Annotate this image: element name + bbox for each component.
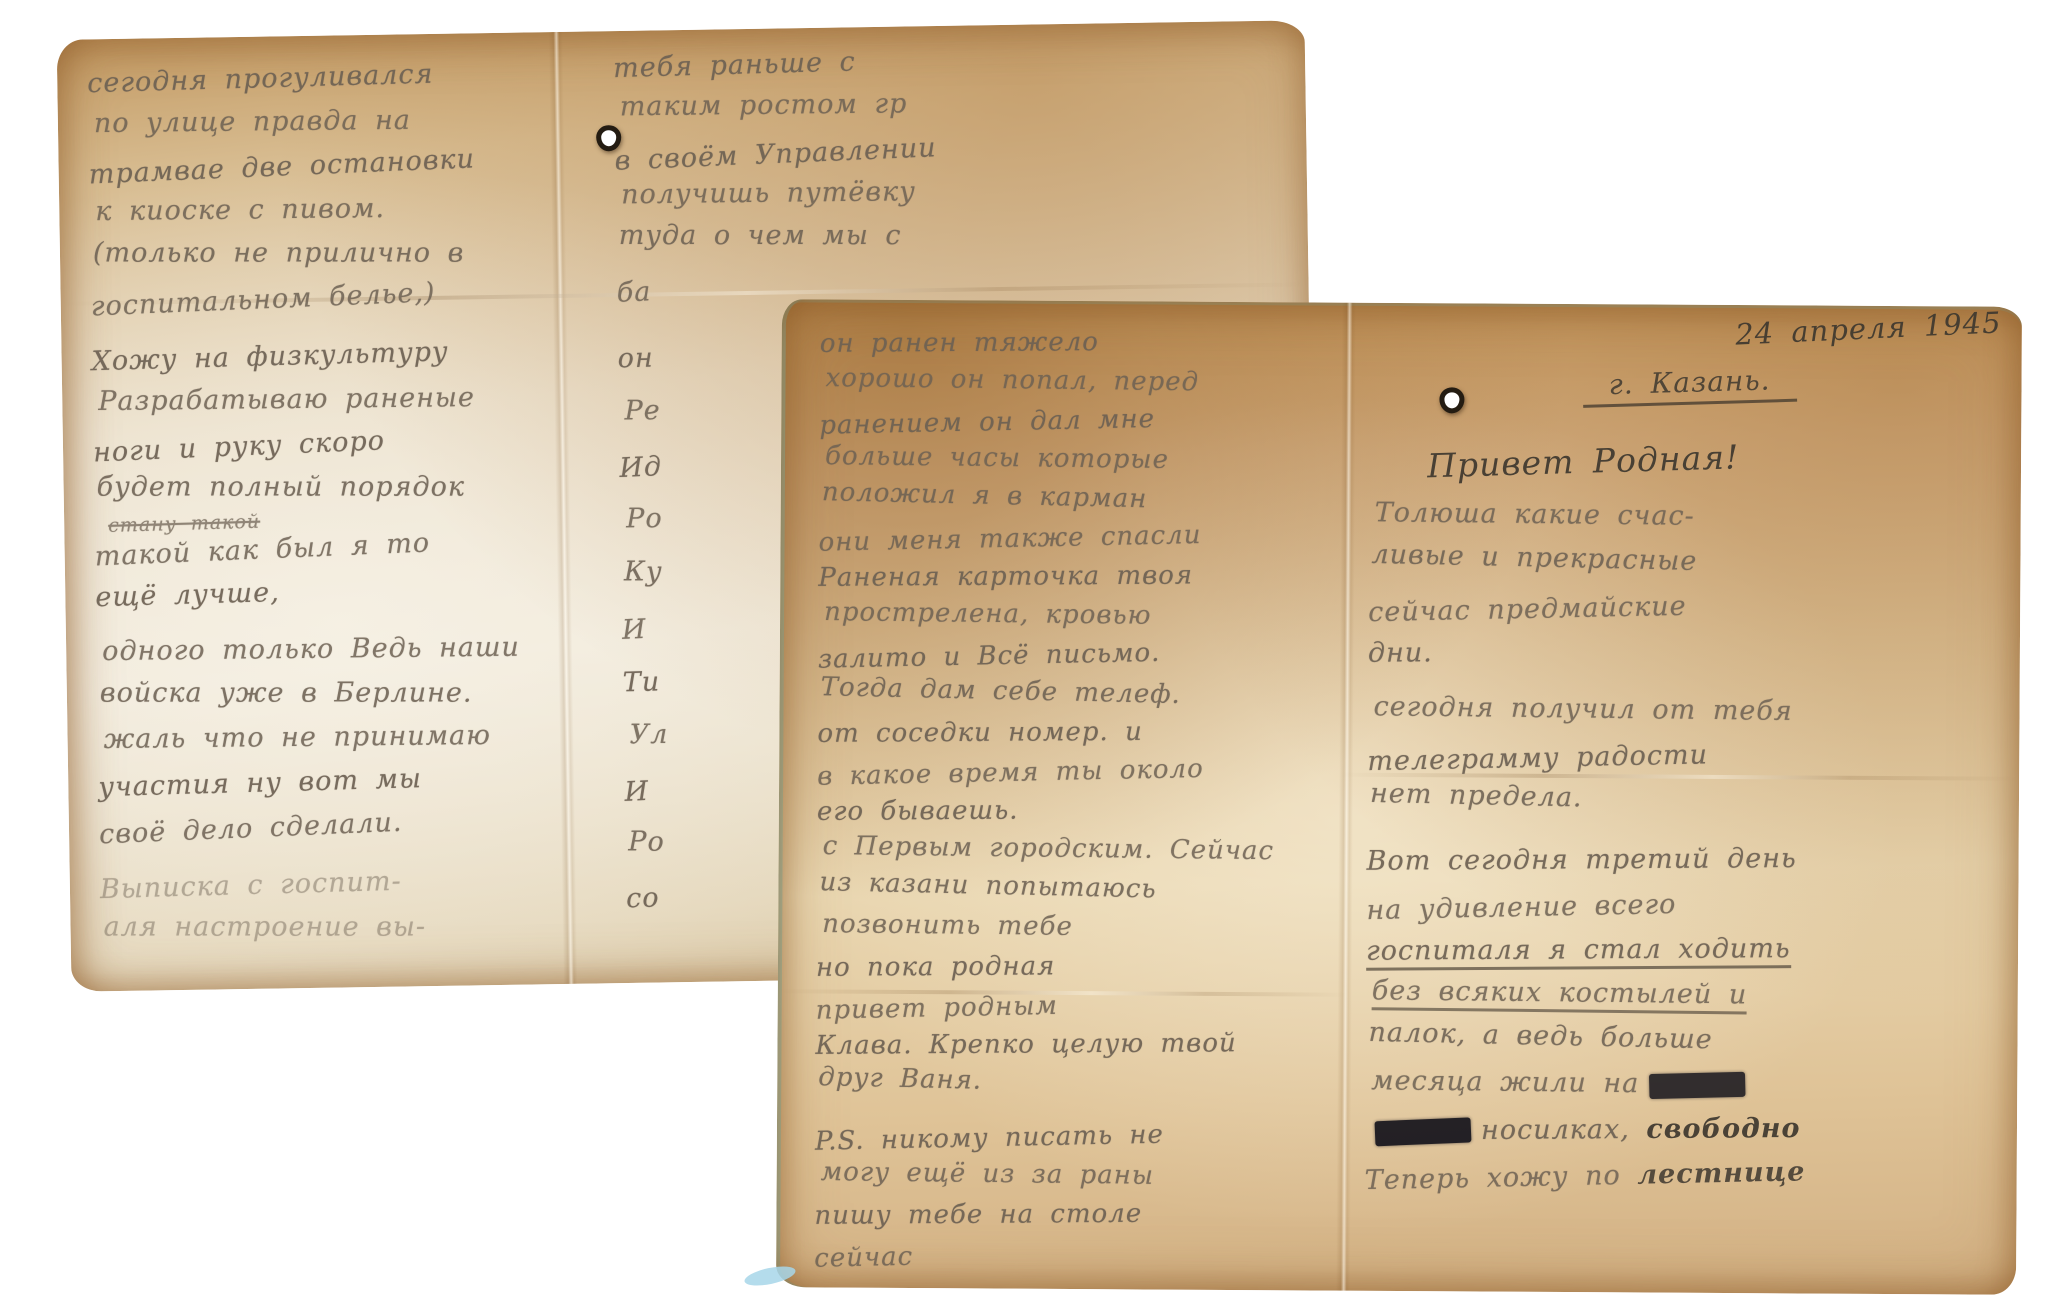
handwritten-line: месяца жили на <box>1371 1058 2011 1110</box>
handwritten-line: госпиталя я стал ходить <box>1366 925 2006 974</box>
back-sheet-right-column: тебя раньше стаким ростом грв своём Упра… <box>613 33 1277 307</box>
handwritten-line: друг Ваня. <box>818 1058 1375 1109</box>
handwritten-line: Теперь хожу по лестнице <box>1364 1145 2005 1203</box>
front-sheet-left-column: он ранен тяжелохорошо он попал, передран… <box>814 321 1376 1274</box>
scanned-letters-canvas: сегодня прогуливалсяпо улице правда натр… <box>0 0 2048 1302</box>
handwritten-line: могу ещё из за раны <box>820 1153 1376 1198</box>
scan-artifact-mark <box>743 1263 797 1289</box>
handwritten-line: дни. <box>1368 627 2008 676</box>
handwritten-line: его бываешь. <box>817 789 1373 831</box>
handwritten-line: Раненая карточка твоя <box>818 555 1374 597</box>
letter-sheet-front: он ранен тяжелохорошо он попал, передран… <box>776 299 2022 1295</box>
handwritten-line: позвонить тебе <box>822 905 1378 950</box>
handwritten-line: войска уже в Берлине. <box>100 672 570 716</box>
front-sheet-right-column: 24 апреля 1945г. Казань.Привет Родная!То… <box>1365 313 2010 1199</box>
handwritten-line: нет предела. <box>1370 771 2011 830</box>
back-sheet-left-column: сегодня прогуливалсяпо улице правда натр… <box>87 52 571 953</box>
handwritten-line: к киоске с пивом. <box>95 185 565 234</box>
redaction-mark <box>1375 1117 1472 1146</box>
handwritten-line: будет полный порядок <box>97 466 567 510</box>
handwritten-line: Выписка с госпит- <box>99 855 570 912</box>
redaction-mark <box>1649 1072 1746 1099</box>
handwritten-line: Привет Родная! <box>1427 427 2010 489</box>
handwritten-line: сейчас <box>814 1229 1371 1279</box>
handwritten-line: одного только Ведь наши <box>102 625 572 674</box>
handwritten-line: получишь путёвку <box>621 166 1281 217</box>
handwritten-line: он ранен тяжело <box>820 321 1376 363</box>
handwritten-line: аля настроение вы- <box>104 906 574 950</box>
